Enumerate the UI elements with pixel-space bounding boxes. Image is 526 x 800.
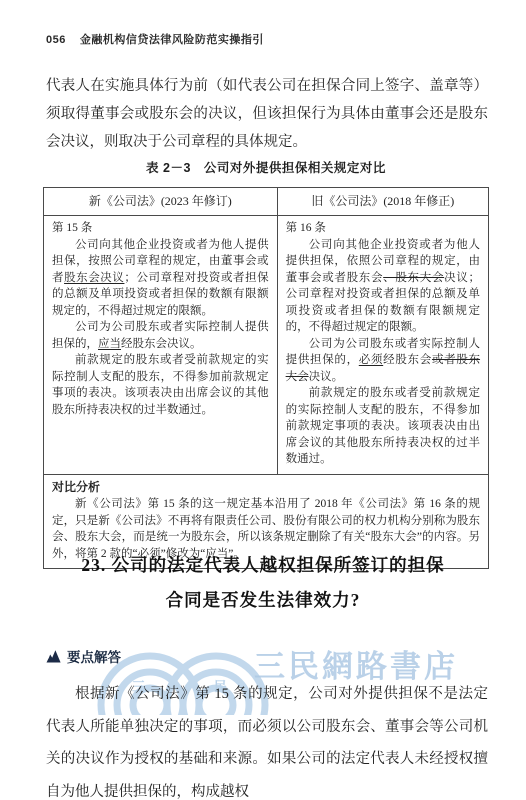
table-body-row: 第 15 条 公司向其他企业投资或者为他人提供担保，按照公司章程的规定，由董事会…: [44, 216, 489, 475]
answer-section-header: 要点解答: [46, 646, 121, 666]
old-law-cell: 第 16 条 公司向其他企业投资或者为他人提供担保，依照公司章程的规定，由董事会…: [277, 216, 488, 475]
question-heading-line-2: 合同是否发生法律效力?: [166, 590, 361, 610]
old-law-article-number: 第 16 条: [286, 220, 480, 237]
new-law-paragraph-2: 公司为公司股东或者实际控制人提供担保的，应当经股东会决议。: [52, 319, 269, 352]
new-law-paragraph-1: 公司向其他企业投资或者为他人提供担保，按照公司章程的规定，由董事会或者股东会决议…: [52, 237, 269, 320]
comparison-table: 新《公司法》(2023 年修订) 旧《公司法》(2018 年修正) 第 15 条…: [43, 187, 489, 569]
underlined-revision-text: 股东会决议: [64, 272, 124, 284]
column-header-old-law: 旧《公司法》(2018 年修正): [277, 188, 488, 216]
old-law-paragraph-3: 前款规定的股东或者受前款规定的实际控制人支配的股东，不得参加前款规定事项的表决。…: [286, 385, 480, 468]
new-law-cell: 第 15 条 公司向其他企业投资或者为他人提供担保，按照公司章程的规定，由董事会…: [44, 216, 278, 475]
answer-paragraph: 根据新《公司法》第 15 条的规定，公司对外提供担保不是法定代表人所能单独决定的…: [46, 678, 488, 800]
analysis-label: 对比分析: [52, 479, 480, 496]
old-law-paragraph-1: 公司向其他企业投资或者为他人提供担保，依照公司章程的规定，由董事会或者股东会、股…: [286, 237, 480, 336]
underlined-revision-text: 必须: [359, 354, 383, 366]
underlined-revision-text: 应当: [98, 338, 121, 350]
question-heading-line-1: 23. 公司的法定代表人越权担保所签订的担保: [81, 555, 444, 575]
intro-paragraph: 代表人在实施具体行为前（如代表公司在担保合同上签字、盖章等）须取得董事会或股东会…: [46, 72, 488, 156]
new-law-article-number: 第 15 条: [52, 220, 269, 237]
answer-section-label: 要点解答: [67, 646, 121, 666]
table-header-row: 新《公司法》(2023 年修订) 旧《公司法》(2018 年修正): [44, 188, 489, 216]
struck-deleted-text: 、股东大会: [383, 272, 444, 284]
running-head: 056金融机构信贷法律风险防范实操指引: [46, 31, 488, 47]
column-header-new-law: 新《公司法》(2023 年修订): [44, 188, 278, 216]
page-number: 056: [46, 34, 66, 46]
old-law-paragraph-2: 公司为公司股东或者实际控制人提供担保的，必须经股东会或者股东大会决议。: [286, 336, 480, 386]
mountain-logo-icon: [46, 649, 62, 664]
table-caption: 表 2－3 公司对外提供担保相关规定对比: [43, 158, 489, 176]
book-title: 金融机构信贷法律风险防范实操指引: [80, 34, 264, 46]
new-law-paragraph-3: 前款规定的股东或者受前款规定的实际控制人支配的股东，不得参加前款规定事项的表决。…: [52, 352, 269, 418]
question-heading: 23. 公司的法定代表人越权担保所签订的担保 合同是否发生法律效力?: [30, 548, 496, 618]
